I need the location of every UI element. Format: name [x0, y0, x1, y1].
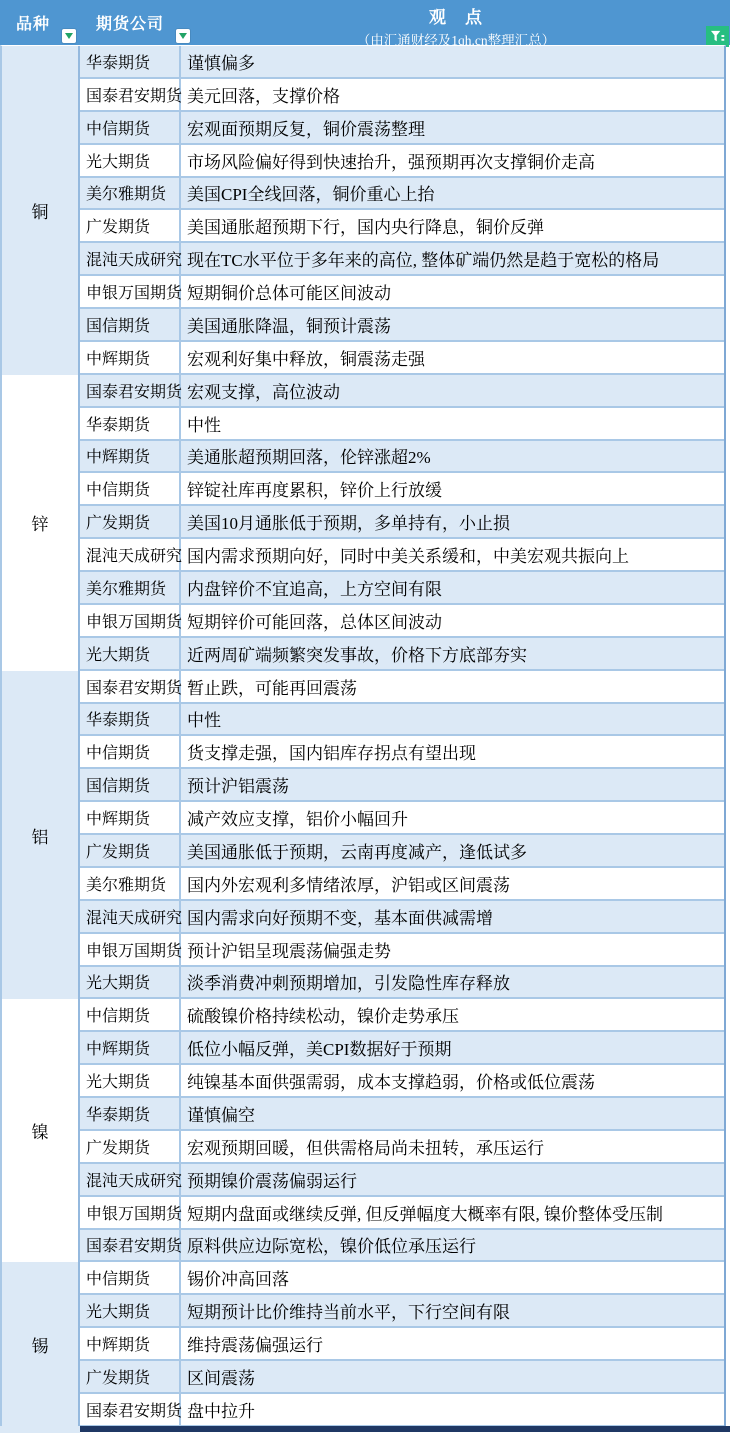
- company-cell[interactable]: 华泰期货: [80, 1098, 181, 1129]
- table-row: 广发期货美国通胀低于预期，云南再度减产，逢低试多: [80, 835, 724, 868]
- company-cell[interactable]: 中辉期货: [80, 1328, 181, 1359]
- table-row: 国泰君安期货宏观支撑，高位波动: [80, 375, 724, 408]
- opinion-cell[interactable]: 市场风险偏好得到快速抬升，强预期再次支撑铜价走高: [181, 145, 724, 176]
- company-cell[interactable]: 中信期货: [80, 1262, 181, 1293]
- table-row: 广发期货宏观预期回暖，但供需格局尚未扭转，承压运行: [80, 1131, 724, 1164]
- metal-section: 铝国泰君安期货暂止跌，可能再回震荡华泰期货中性中信期货货支撑走强，国内铝库存拐点…: [2, 671, 724, 1000]
- opinion-cell[interactable]: 国内外宏观利多情绪浓厚，沪铝或区间震荡: [181, 868, 724, 899]
- company-cell[interactable]: 广发期货: [80, 506, 181, 537]
- table-row: 中信期货硫酸镍价格持续松动，镍价走势承压: [80, 999, 724, 1032]
- table-row: 光大期货市场风险偏好得到快速抬升，强预期再次支撑铜价走高: [80, 145, 724, 178]
- metal-section: 镍中信期货硫酸镍价格持续松动，镍价走势承压中辉期货低位小幅反弹，美CPI数据好于…: [2, 999, 724, 1262]
- opinion-cell[interactable]: 短期预计比价维持当前水平，下行空间有限: [181, 1295, 724, 1326]
- opinion-cell[interactable]: 盘中拉升: [181, 1394, 724, 1425]
- column-header-variety: 品种: [16, 11, 50, 34]
- company-cell[interactable]: 国泰君安期货: [80, 1394, 181, 1425]
- opinion-cell[interactable]: 短期内盘面或继续反弹, 但反弹幅度大概率有限, 镍价整体受压制: [181, 1197, 724, 1228]
- variety-filter-dropdown-button[interactable]: [62, 29, 76, 43]
- table-row: 中信期货锌锭社库再度累积，锌价上行放缓: [80, 473, 724, 506]
- opinion-cell[interactable]: 预期镍价震荡偏弱运行: [181, 1164, 724, 1195]
- section-rows: 中信期货锡价冲高回落光大期货短期预计比价维持当前水平，下行空间有限中辉期货维持震…: [80, 1262, 724, 1426]
- table-row: 中辉期货低位小幅反弹，美CPI数据好于预期: [80, 1032, 724, 1065]
- company-cell[interactable]: 申银万国期货: [80, 934, 181, 965]
- table-row: 中辉期货减产效应支撑，铝价小幅回升: [80, 802, 724, 835]
- table-row: 申银万国期货短期内盘面或继续反弹, 但反弹幅度大概率有限, 镍价整体受压制: [80, 1197, 724, 1230]
- company-cell[interactable]: 光大期货: [80, 145, 181, 176]
- company-cell[interactable]: 国泰君安期货: [80, 671, 181, 702]
- company-cell[interactable]: 美尔雅期货: [80, 178, 181, 209]
- table-row: 中辉期货宏观利好集中释放，铜震荡走强: [80, 342, 724, 375]
- table-row: 申银万国期货预计沪铝呈现震荡偏强走势: [80, 934, 724, 967]
- table-row: 光大期货短期预计比价维持当前水平，下行空间有限: [80, 1295, 724, 1328]
- opinion-cell[interactable]: 美国通胀低于预期，云南再度减产，逢低试多: [181, 835, 724, 866]
- table-row: 中信期货宏观面预期反复，铜价震荡整理: [80, 112, 724, 145]
- company-cell[interactable]: 光大期货: [80, 967, 181, 998]
- company-cell[interactable]: 中信期货: [80, 112, 181, 143]
- opinion-cell[interactable]: 美通胀超预期回落，伦锌涨超2%: [181, 441, 724, 472]
- company-cell[interactable]: 混沌天成研究: [80, 901, 181, 932]
- section-rows: 国泰君安期货暂止跌，可能再回震荡华泰期货中性中信期货货支撑走强，国内铝库存拐点有…: [80, 671, 724, 1000]
- table-row: 国信期货预计沪铝震荡: [80, 769, 724, 802]
- company-cell[interactable]: 混沌天成研究: [80, 1164, 181, 1195]
- opinion-cell[interactable]: 谨慎偏多: [181, 46, 724, 77]
- company-cell[interactable]: 广发期货: [80, 210, 181, 241]
- company-cell[interactable]: 美尔雅期货: [80, 572, 181, 603]
- table-row: 中辉期货美通胀超预期回落，伦锌涨超2%: [80, 441, 724, 474]
- opinion-cell[interactable]: 现在TC水平位于多年来的高位, 整体矿端仍然是趋于宽松的格局: [181, 243, 724, 274]
- company-cell[interactable]: 中辉期货: [80, 1032, 181, 1063]
- variety-cell[interactable]: 镍: [2, 999, 80, 1262]
- table-row: 申银万国期货短期铜价总体可能区间波动: [80, 276, 724, 309]
- table-body: 铜华泰期货谨慎偏多国泰君安期货美元回落，支撑价格中信期货宏观面预期反复，铜价震荡…: [0, 45, 726, 1427]
- company-cell[interactable]: 国泰君安期货: [80, 79, 181, 110]
- opinion-cell[interactable]: 宏观预期回暖，但供需格局尚未扭转，承压运行: [181, 1131, 724, 1162]
- company-cell[interactable]: 华泰期货: [80, 408, 181, 439]
- company-cell[interactable]: 申银万国期货: [80, 1197, 181, 1228]
- opinion-cell[interactable]: 原料供应边际宽松，镍价低位承压运行: [181, 1230, 724, 1261]
- company-cell[interactable]: 广发期货: [80, 1131, 181, 1162]
- company-cell[interactable]: 国信期货: [80, 309, 181, 340]
- table-row: 美尔雅期货国内外宏观利多情绪浓厚，沪铝或区间震荡: [80, 868, 724, 901]
- opinion-cell[interactable]: 区间震荡: [181, 1361, 724, 1392]
- company-cell[interactable]: 光大期货: [80, 1295, 181, 1326]
- opinion-cell[interactable]: 美国通胀超预期下行，国内央行降息，铜价反弹: [181, 210, 724, 241]
- table-row: 美尔雅期货内盘锌价不宜追高，上方空间有限: [80, 572, 724, 605]
- company-cell[interactable]: 申银万国期货: [80, 276, 181, 307]
- variety-cell[interactable]: 铜: [2, 46, 80, 375]
- company-cell[interactable]: 光大期货: [80, 638, 181, 669]
- table-row: 国泰君安期货暂止跌，可能再回震荡: [80, 671, 724, 704]
- table-bottom-border: [0, 1426, 730, 1433]
- table-row: 国泰君安期货原料供应边际宽松，镍价低位承压运行: [80, 1230, 724, 1263]
- metal-section: 铜华泰期货谨慎偏多国泰君安期货美元回落，支撑价格中信期货宏观面预期反复，铜价震荡…: [2, 46, 724, 375]
- table-row: 中信期货锡价冲高回落: [80, 1262, 724, 1295]
- opinion-cell[interactable]: 锌锭社库再度累积，锌价上行放缓: [181, 473, 724, 504]
- table-row: 华泰期货中性: [80, 704, 724, 737]
- company-cell[interactable]: 中辉期货: [80, 802, 181, 833]
- opinion-header-title: 观 点: [182, 3, 730, 28]
- opinion-cell[interactable]: 宏观面预期反复，铜价震荡整理: [181, 112, 724, 143]
- opinion-cell[interactable]: 预计沪铝震荡: [181, 769, 724, 800]
- table-row: 混沌天成研究现在TC水平位于多年来的高位, 整体矿端仍然是趋于宽松的格局: [80, 243, 724, 276]
- section-rows: 中信期货硫酸镍价格持续松动，镍价走势承压中辉期货低位小幅反弹，美CPI数据好于预…: [80, 999, 724, 1262]
- table-row: 广发期货美国通胀超预期下行，国内央行降息，铜价反弹: [80, 210, 724, 243]
- opinion-cell[interactable]: 宏观利好集中释放，铜震荡走强: [181, 342, 724, 373]
- opinion-cell[interactable]: 硫酸镍价格持续松动，镍价走势承压: [181, 999, 724, 1030]
- company-cell[interactable]: 国信期货: [80, 769, 181, 800]
- variety-cell[interactable]: 锌: [2, 375, 80, 671]
- opinion-cell[interactable]: 宏观支撑，高位波动: [181, 375, 724, 406]
- company-cell[interactable]: 混沌天成研究: [80, 243, 181, 274]
- bottom-border-bar: [80, 1426, 730, 1432]
- opinion-cell[interactable]: 纯镍基本面供强需弱，成本支撑趋弱，价格或低位震荡: [181, 1065, 724, 1096]
- opinion-cell[interactable]: 暂止跌，可能再回震荡: [181, 671, 724, 702]
- opinion-cell[interactable]: 近两周矿端频繁突发事故，价格下方底部夯实: [181, 638, 724, 669]
- table-row: 光大期货近两周矿端频繁突发事故，价格下方底部夯实: [80, 638, 724, 671]
- opinion-cell[interactable]: 锡价冲高回落: [181, 1262, 724, 1293]
- filter-dropdown-triangle-icon: [65, 33, 73, 39]
- company-cell[interactable]: 光大期货: [80, 1065, 181, 1096]
- section-rows: 国泰君安期货宏观支撑，高位波动华泰期货中性中辉期货美通胀超预期回落，伦锌涨超2%…: [80, 375, 724, 671]
- company-cell[interactable]: 中信期货: [80, 736, 181, 767]
- table-row: 光大期货淡季消费冲刺预期增加，引发隐性库存释放: [80, 967, 724, 1000]
- opinion-cell[interactable]: 中性: [181, 408, 724, 439]
- metal-section: 锌国泰君安期货宏观支撑，高位波动华泰期货中性中辉期货美通胀超预期回落，伦锌涨超2…: [2, 375, 724, 671]
- company-cell[interactable]: 中信期货: [80, 473, 181, 504]
- company-cell[interactable]: 中信期货: [80, 999, 181, 1030]
- opinion-cell[interactable]: 美元回落，支撑价格: [181, 79, 724, 110]
- variety-column-footer: [0, 1426, 80, 1433]
- table-row: 混沌天成研究国内需求预期向好，同时中美关系缓和，中美宏观共振向上: [80, 539, 724, 572]
- opinion-cell[interactable]: 美国通胀降温，铜预计震荡: [181, 309, 724, 340]
- company-cell[interactable]: 华泰期货: [80, 46, 181, 77]
- opinion-cell[interactable]: 美国10月通胀低于预期，多单持有，小止损: [181, 506, 724, 537]
- filter-funnel-icon: [710, 29, 725, 44]
- opinion-cell[interactable]: 内盘锌价不宜追高，上方空间有限: [181, 572, 724, 603]
- opinion-cell[interactable]: 货支撑走强，国内铝库存拐点有望出现: [181, 736, 724, 767]
- opinion-cell[interactable]: 预计沪铝呈现震荡偏强走势: [181, 934, 724, 965]
- opinion-cell[interactable]: 短期锌价可能回落，总体区间波动: [181, 605, 724, 636]
- company-cell[interactable]: 广发期货: [80, 1361, 181, 1392]
- table-row: 美尔雅期货美国CPI全线回落，铜价重心上抬: [80, 178, 724, 211]
- table-row: 华泰期货谨慎偏空: [80, 1098, 724, 1131]
- opinion-cell[interactable]: 美国CPI全线回落，铜价重心上抬: [181, 178, 724, 209]
- spreadsheet-screenshot: 品种 期货公司 观 点 （由汇通财经及1qh.cn整理汇总） 铜华泰期货谨慎偏多…: [0, 0, 730, 1433]
- table-row: 华泰期货中性: [80, 408, 724, 441]
- opinion-cell[interactable]: 减产效应支撑，铝价小幅回升: [181, 802, 724, 833]
- variety-cell[interactable]: 铝: [2, 671, 80, 1000]
- company-cell[interactable]: 国泰君安期货: [80, 1230, 181, 1261]
- opinion-cell[interactable]: 短期铜价总体可能区间波动: [181, 276, 724, 307]
- opinion-cell[interactable]: 维持震荡偏强运行: [181, 1328, 724, 1359]
- table-row: 中信期货货支撑走强，国内铝库存拐点有望出现: [80, 736, 724, 769]
- opinion-cell[interactable]: 国内需求向好预期不变，基本面供减需增: [181, 901, 724, 932]
- table-row: 混沌天成研究国内需求向好预期不变，基本面供减需增: [80, 901, 724, 934]
- metal-section: 锡中信期货锡价冲高回落光大期货短期预计比价维持当前水平，下行空间有限中辉期货维持…: [2, 1262, 724, 1426]
- column-header-opinion: 观 点 （由汇通财经及1qh.cn整理汇总）: [182, 0, 730, 45]
- table-row: 国泰君安期货美元回落，支撑价格: [80, 79, 724, 112]
- opinion-cell[interactable]: 淡季消费冲刺预期增加，引发隐性库存释放: [181, 967, 724, 998]
- table-row: 申银万国期货短期锌价可能回落，总体区间波动: [80, 605, 724, 638]
- filter-funnel-button[interactable]: [706, 26, 729, 47]
- table-row: 广发期货美国10月通胀低于预期，多单持有，小止损: [80, 506, 724, 539]
- opinion-cell[interactable]: 国内需求预期向好，同时中美关系缓和，中美宏观共振向上: [181, 539, 724, 570]
- section-rows: 华泰期货谨慎偏多国泰君安期货美元回落，支撑价格中信期货宏观面预期反复，铜价震荡整…: [80, 46, 724, 375]
- company-cell[interactable]: 混沌天成研究: [80, 539, 181, 570]
- table-row: 光大期货纯镍基本面供强需弱，成本支撑趋弱，价格或低位震荡: [80, 1065, 724, 1098]
- table-header-row: 品种 期货公司 观 点 （由汇通财经及1qh.cn整理汇总）: [0, 0, 730, 45]
- table-row: 广发期货区间震荡: [80, 1361, 724, 1394]
- table-row: 国泰君安期货盘中拉升: [80, 1394, 724, 1427]
- company-cell[interactable]: 华泰期货: [80, 704, 181, 735]
- opinion-cell[interactable]: 低位小幅反弹，美CPI数据好于预期: [181, 1032, 724, 1063]
- opinion-cell[interactable]: 中性: [181, 704, 724, 735]
- company-cell[interactable]: 美尔雅期货: [80, 868, 181, 899]
- company-cell[interactable]: 中辉期货: [80, 441, 181, 472]
- table-row: 华泰期货谨慎偏多: [80, 46, 724, 79]
- company-cell[interactable]: 国泰君安期货: [80, 375, 181, 406]
- table-row: 中辉期货维持震荡偏强运行: [80, 1328, 724, 1361]
- company-cell[interactable]: 中辉期货: [80, 342, 181, 373]
- variety-cell[interactable]: 锡: [2, 1262, 80, 1426]
- table-row: 国信期货美国通胀降温，铜预计震荡: [80, 309, 724, 342]
- opinion-cell[interactable]: 谨慎偏空: [181, 1098, 724, 1129]
- column-header-company: 期货公司: [96, 11, 164, 34]
- company-cell[interactable]: 申银万国期货: [80, 605, 181, 636]
- table-row: 混沌天成研究预期镍价震荡偏弱运行: [80, 1164, 724, 1197]
- company-cell[interactable]: 广发期货: [80, 835, 181, 866]
